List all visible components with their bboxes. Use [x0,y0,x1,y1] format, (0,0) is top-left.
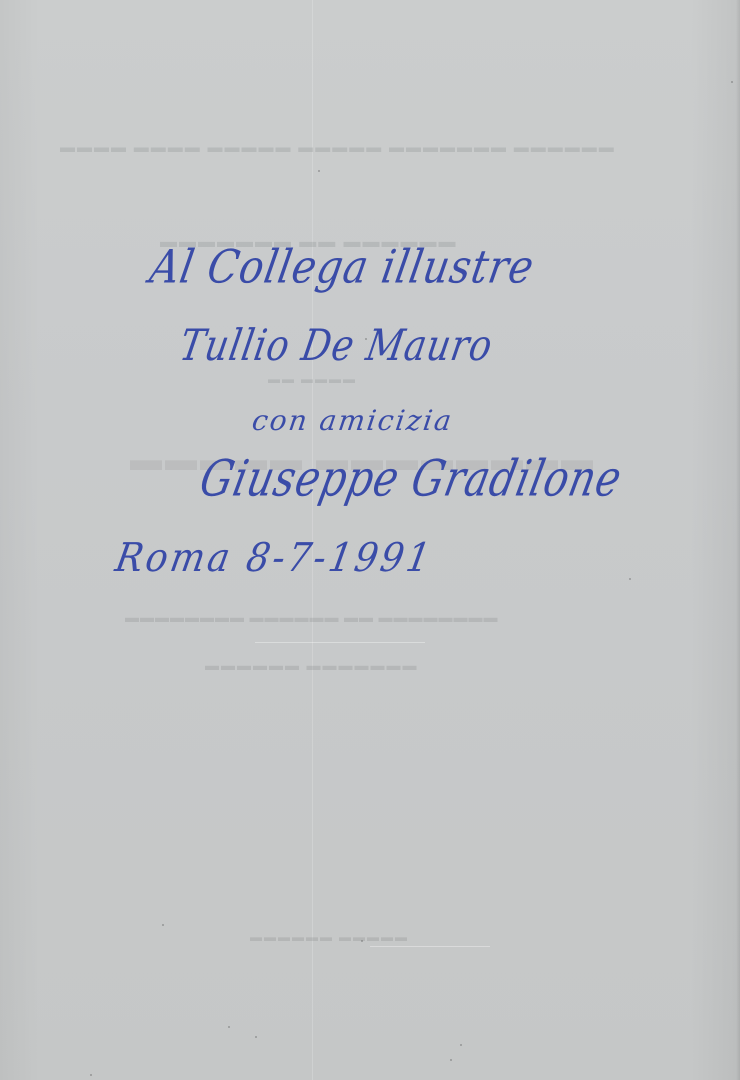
paper-speck [450,1059,452,1061]
paper-speck [460,1044,462,1046]
show-through-rule [255,642,425,643]
page-edge-shadow [736,0,740,1080]
show-through-rule [370,946,490,947]
paper-speck [365,338,367,340]
inscription-signature: Giuseppe Gradilone [195,451,627,509]
inscription-closing: con amicizia [250,404,455,437]
show-through-line: ▬▬▬▬▬▬ ▬▬▬▬▬ [250,930,409,945]
flyleaf-page: ▬▬▬▬ ▬▬▬▬ ▬▬▬▬▬ ▬▬▬▬▬ ▬▬▬▬▬▬▬ ▬▬▬▬▬▬ ▬▬▬… [0,0,740,1080]
paper-speck [318,170,320,172]
inscription-recipient: Tullio De Mauro [176,322,497,371]
show-through-line: ▬▬▬▬ ▬▬▬▬ ▬▬▬▬▬ ▬▬▬▬▬ ▬▬▬▬▬▬▬ ▬▬▬▬▬▬ [60,140,616,157]
inscription-salutation: Al Collega illustre [146,241,538,294]
show-through-line: ▬▬▬▬▬▬▬▬ ▬▬▬▬▬▬ ▬▬ ▬▬▬▬▬▬▬▬ [125,611,499,627]
paper-speck [90,1074,92,1076]
paper-speck [629,578,631,580]
paper-speck [228,1026,230,1028]
show-through-line: ▬▬▬▬▬▬ ▬▬▬▬▬▬▬ [205,659,419,675]
paper-speck [255,1036,257,1038]
show-through-line: ▬▬ ▬▬▬▬ [268,372,357,387]
paper-speck [731,81,733,83]
inscription-place-date: Roma 8-7-1991 [112,536,437,581]
paper-speck [162,924,164,926]
paper-speck [361,940,363,942]
